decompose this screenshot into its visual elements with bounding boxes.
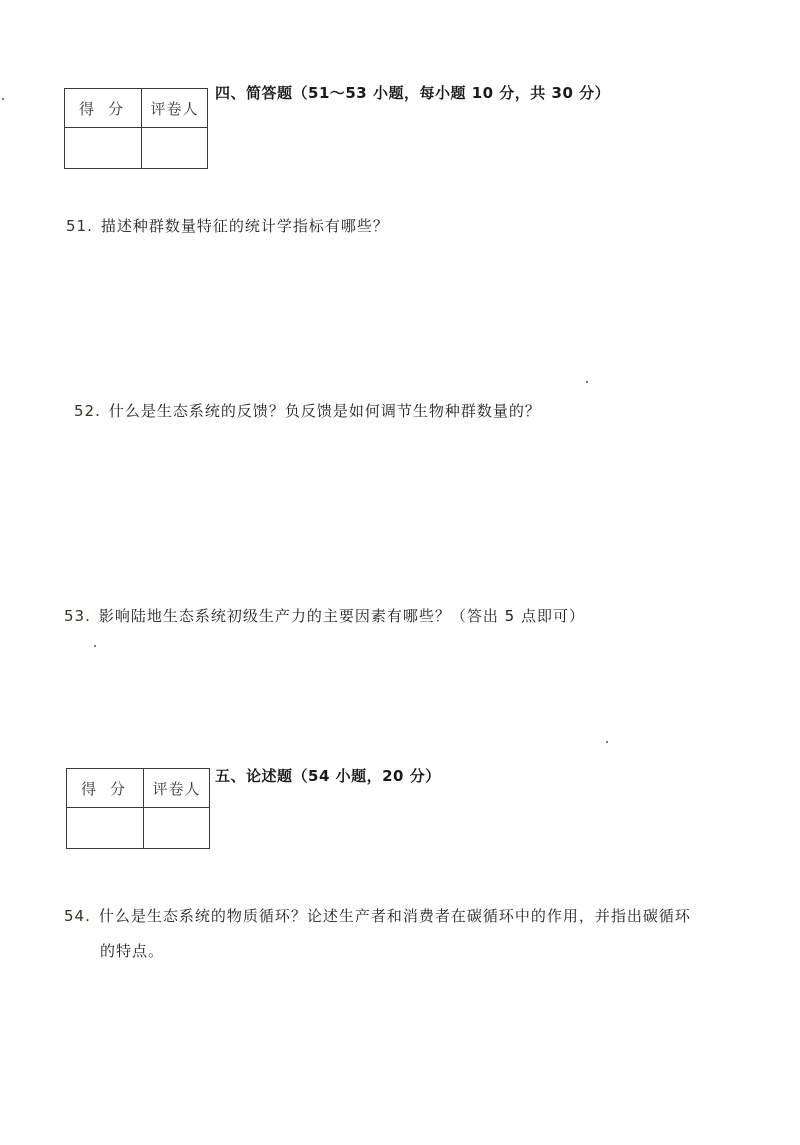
question-number: 52. xyxy=(74,402,101,420)
score-table-section-4: 得分 评卷人 xyxy=(64,88,208,169)
question-text: 描述种群数量特征的统计学指标有哪些？ xyxy=(101,217,389,235)
question-text-line-2: 的特点。 xyxy=(100,940,164,961)
grader-header: 评卷人 xyxy=(144,769,210,808)
score-cell[interactable] xyxy=(65,128,142,169)
score-cell[interactable] xyxy=(67,808,144,849)
score-table-section-5: 得分 评卷人 xyxy=(66,768,210,849)
grader-cell[interactable] xyxy=(144,808,210,849)
question-number: 51. xyxy=(66,217,93,235)
answer-area-51[interactable] xyxy=(60,240,740,390)
question-text: 什么是生态系统的反馈？负反馈是如何调节生物种群数量的？ xyxy=(109,402,541,420)
scan-speck xyxy=(94,645,96,647)
score-header: 得分 xyxy=(65,89,142,128)
answer-area-52[interactable] xyxy=(60,425,740,595)
question-text-line-1: 什么是生态系统的物质循环？论述生产者和消费者在碳循环中的作用，并指出碳循环 xyxy=(99,907,691,925)
question-52: 52.什么是生态系统的反馈？负反馈是如何调节生物种群数量的？ xyxy=(74,400,541,421)
question-54: 54.什么是生态系统的物质循环？论述生产者和消费者在碳循环中的作用，并指出碳循环 xyxy=(64,905,691,926)
question-51: 51.描述种群数量特征的统计学指标有哪些？ xyxy=(66,215,389,236)
grader-header: 评卷人 xyxy=(142,89,208,128)
scan-speck xyxy=(606,741,608,743)
scan-speck xyxy=(586,381,588,383)
answer-area-53[interactable] xyxy=(60,630,740,760)
question-53: 53.影响陆地生态系统初级生产力的主要因素有哪些？（答出 5 点即可） xyxy=(64,605,585,626)
grader-cell[interactable] xyxy=(142,128,208,169)
answer-area-54[interactable] xyxy=(60,970,740,1140)
scan-speck xyxy=(2,98,4,100)
question-text: 影响陆地生态系统初级生产力的主要因素有哪些？（答出 5 点即可） xyxy=(99,607,585,625)
section-4-title: 四、简答题（51～53 小题，每小题 10 分，共 30 分） xyxy=(215,82,610,103)
score-header: 得分 xyxy=(67,769,144,808)
question-number: 54. xyxy=(64,907,91,925)
section-5-title: 五、论述题（54 小题，20 分） xyxy=(215,765,441,786)
question-number: 53. xyxy=(64,607,91,625)
